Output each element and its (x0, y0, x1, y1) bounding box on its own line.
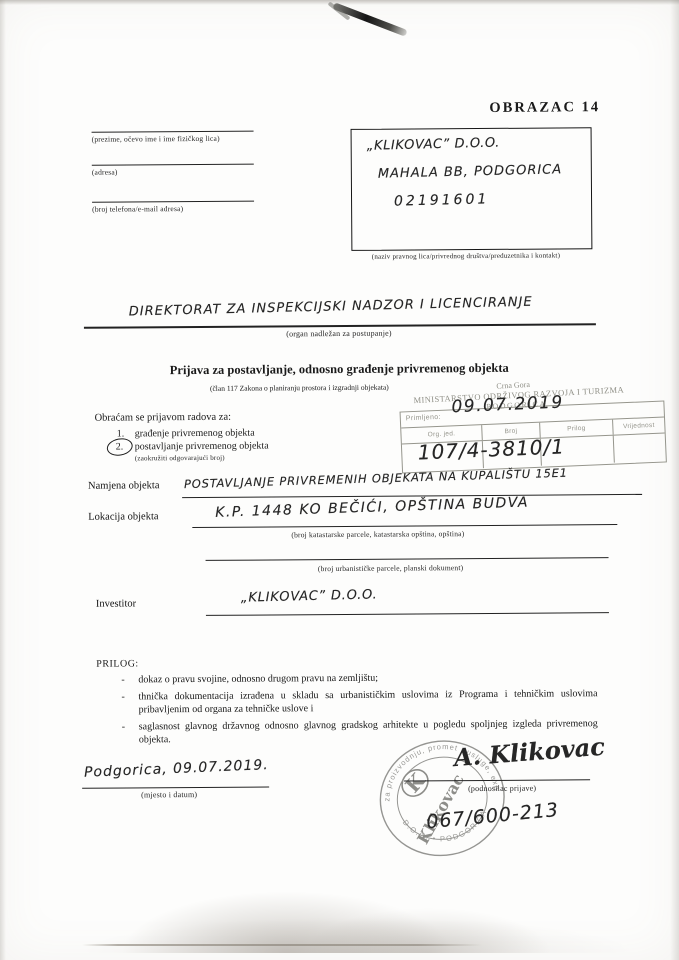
received-label: Primljeno: (406, 414, 441, 422)
name-field-line (92, 131, 254, 133)
scan-edge-right (670, 0, 679, 960)
attachment-item: - thnička dokumentacija izrađena u sklad… (119, 687, 597, 718)
phone-field-caption: (broj telefona/e-mail adresa) (92, 204, 183, 214)
phone-field-line (92, 201, 254, 203)
investor-value-handwritten: „KLIKOVAC” D.O.O. (241, 587, 378, 605)
attachments-heading: PRILOG: (96, 658, 138, 669)
authority-caption: (organ nadležan za postupanje) (239, 328, 439, 338)
signature-caption: (podnosilac prijave) (442, 783, 562, 793)
scan-edge-top (0, 0, 679, 5)
location-label: Lokacija objekta (88, 511, 158, 522)
place-date-underline (82, 786, 269, 789)
investor-label: Investitor (96, 598, 136, 609)
address-field-caption: (adresa) (92, 168, 118, 177)
authority-name-handwritten: DIREKTORAT ZA INSPEKCIJSKI NADZOR I LICE… (129, 295, 533, 320)
purpose-label: Namjena objekta (88, 480, 160, 491)
attachment-item: - dokaz o pravu svojine, odnosno drugom … (119, 670, 597, 687)
location-value-handwritten: K.P. 1448 KO BEČIĆI, OPŠTINA BUDVA (215, 494, 529, 520)
scan-edge-left (0, 0, 6, 960)
request-intro: Obraćam se prijavom radova za: (95, 412, 232, 424)
applicant-box: „KLIKOVAC” D.O.O. MAHALA BB, PODGORICA 0… (351, 127, 593, 251)
scanner-smudge (85, 856, 630, 953)
form-code: OBRAZAC 14 (489, 99, 600, 117)
urban-parcel-caption: (broj urbanističke parcele, planski doku… (301, 563, 481, 573)
applicant-name: „KLIKOVAC” D.O.O. (366, 136, 500, 154)
location-underline (192, 524, 617, 528)
name-field-caption: (prezime, očevo ime i ime fizičkog lica) (92, 134, 220, 144)
bullet-dash: - (121, 690, 124, 704)
option-1-label: građenje privremenog objekta (135, 428, 255, 440)
scanned-form-page: OBRAZAC 14 (prezime, očevo ime i ime fiz… (0, 0, 679, 960)
receipt-col-vrijednost: Vrijednost (613, 418, 665, 435)
purpose-value-handwritten: POSTAVLJANJE PRIVREMENIH OBJEKATA NA KUP… (184, 466, 568, 491)
option-2-label: postavljanje privremenog objekta (135, 440, 269, 452)
urban-parcel-underline (206, 557, 609, 561)
document-title: Prijava za postavljanje, odnosno građenj… (59, 360, 619, 379)
applicant-id-number: 02191601 (394, 191, 490, 209)
circle-note: (zaokružiti odgovarajući broj) (135, 454, 225, 463)
applicant-address: MAHALA BB, PODGORICA (378, 162, 563, 182)
document-content: OBRAZAC 14 (prezime, očevo ime i ime fiz… (0, 0, 679, 960)
investor-underline (206, 612, 609, 616)
circled-option-mark (105, 436, 134, 457)
location-caption: (broj katastarske parcele, katastarska o… (250, 529, 505, 540)
place-date-handwritten: Podgorica, 09.07.2019. (84, 757, 269, 781)
bullet-dash: - (121, 674, 124, 688)
authority-underline (84, 323, 596, 329)
bullet-dash: - (122, 720, 125, 734)
place-date-caption: (mjesto i datum) (104, 790, 234, 800)
address-field-line (92, 164, 254, 166)
applicant-box-caption: (naziv pravnog lica/privrednog društva/p… (338, 251, 593, 261)
scanner-smudge-line (82, 944, 482, 946)
